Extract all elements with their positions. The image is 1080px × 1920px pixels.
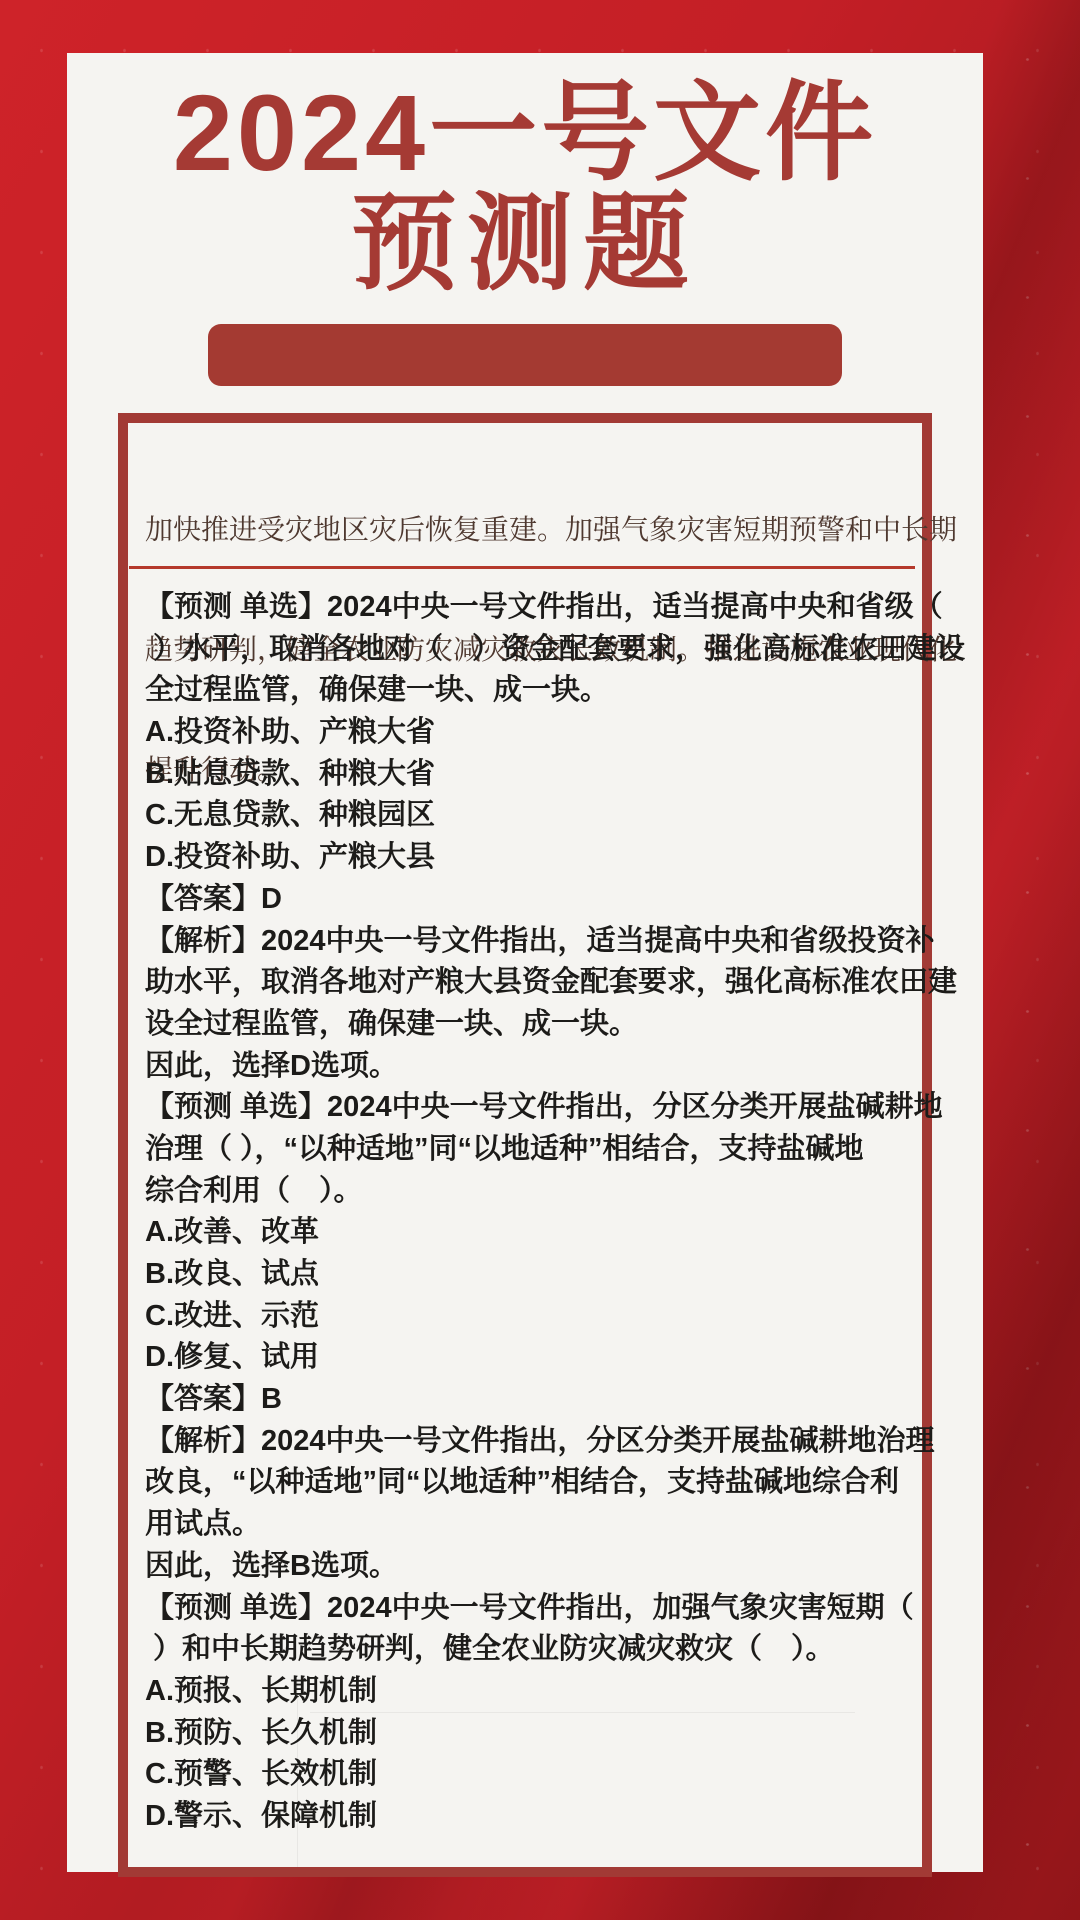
faint-artifact-line-horizontal bbox=[310, 1712, 855, 1713]
title-line-2: 预测题 bbox=[67, 193, 983, 295]
option-line: C.预警、长效机制 bbox=[145, 1754, 965, 1796]
option-line: A.预报、长期机制 bbox=[145, 1671, 965, 1713]
question-stem-line: 全过程监管，确保建一块、成一块。 bbox=[145, 670, 965, 712]
question-stem-line: ）水平，取消各地对（ ）资金配套要求，强化高标准农田建设 bbox=[145, 629, 965, 671]
option-line: C.改进、示范 bbox=[145, 1296, 965, 1338]
question-stem-line: 【预测 单选】2024中央一号文件指出，加强气象灾害短期（ bbox=[145, 1588, 965, 1630]
conclusion-line: 因此，选择D选项。 bbox=[145, 1046, 965, 1088]
option-line: D.修复、试用 bbox=[145, 1337, 965, 1379]
question-stem-line: ）和中长期趋势研判，健全农业防灾减灾救灾（ ）。 bbox=[145, 1629, 965, 1671]
option-line: C.无息贷款、种粮园区 bbox=[145, 795, 965, 837]
title-line-1: 2024一号文件 bbox=[67, 73, 983, 193]
question-stem-line: 治理（ ），“以种适地”同“以地适种”相结合，支持盐碱地 bbox=[145, 1129, 965, 1171]
section-divider bbox=[129, 566, 915, 569]
analysis-line: 用试点。 bbox=[145, 1504, 965, 1546]
analysis-line: 【解析】2024中央一号文件指出，分区分类开展盐碱耕地治理 bbox=[145, 1421, 965, 1463]
option-line: D.投资补助、产粮大县 bbox=[145, 837, 965, 879]
analysis-line: 设全过程监管，确保建一块、成一块。 bbox=[145, 1004, 965, 1046]
faint-artifact-line-vertical bbox=[297, 1680, 298, 1867]
title-underline-bar bbox=[208, 324, 842, 386]
analysis-line: 改良，“以种适地”同“以地适种”相结合，支持盐碱地综合利 bbox=[145, 1462, 965, 1504]
option-line: B.改良、试点 bbox=[145, 1254, 965, 1296]
option-line: B.贴息贷款、种粮大省 bbox=[145, 754, 965, 796]
question-stem-line: 【预测 单选】2024中央一号文件指出，适当提高中央和省级（ bbox=[145, 587, 965, 629]
option-line: A.改善、改革 bbox=[145, 1212, 965, 1254]
analysis-line: 助水平，取消各地对产粮大县资金配套要求，强化高标准农田建 bbox=[145, 962, 965, 1004]
answer-line: 【答案】B bbox=[145, 1379, 965, 1421]
poster-title: 2024一号文件 预测题 bbox=[67, 73, 983, 295]
poster-background: 2024一号文件 预测题 加快推进受灾地区灾后恢复重建。加强气象灾害短期预警和中… bbox=[0, 0, 1080, 1920]
content-panel: 加快推进受灾地区灾后恢复重建。加强气象灾害短期预警和中长期 趋势研判，健全农业防… bbox=[118, 413, 932, 1877]
poster-card: 2024一号文件 预测题 加快推进受灾地区灾后恢复重建。加强气象灾害短期预警和中… bbox=[67, 53, 983, 1872]
question-stem-line: 【预测 单选】2024中央一号文件指出，分区分类开展盐碱耕地 bbox=[145, 1087, 965, 1129]
answer-line: 【答案】D bbox=[145, 879, 965, 921]
option-line: A.投资补助、产粮大省 bbox=[145, 712, 965, 754]
quiz-body: 【预测 单选】2024中央一号文件指出，适当提高中央和省级（ ）水平，取消各地对… bbox=[145, 587, 965, 1838]
question-stem-line: 综合利用（ ）。 bbox=[145, 1171, 965, 1213]
intro-line: 加快推进受灾地区灾后恢复重建。加强气象灾害短期预警和中长期 bbox=[145, 511, 957, 551]
analysis-line: 【解析】2024中央一号文件指出，适当提高中央和省级投资补 bbox=[145, 921, 965, 963]
conclusion-line: 因此，选择B选项。 bbox=[145, 1546, 965, 1588]
option-line: D.警示、保障机制 bbox=[145, 1796, 965, 1838]
option-line: B.预防、长久机制 bbox=[145, 1713, 965, 1755]
